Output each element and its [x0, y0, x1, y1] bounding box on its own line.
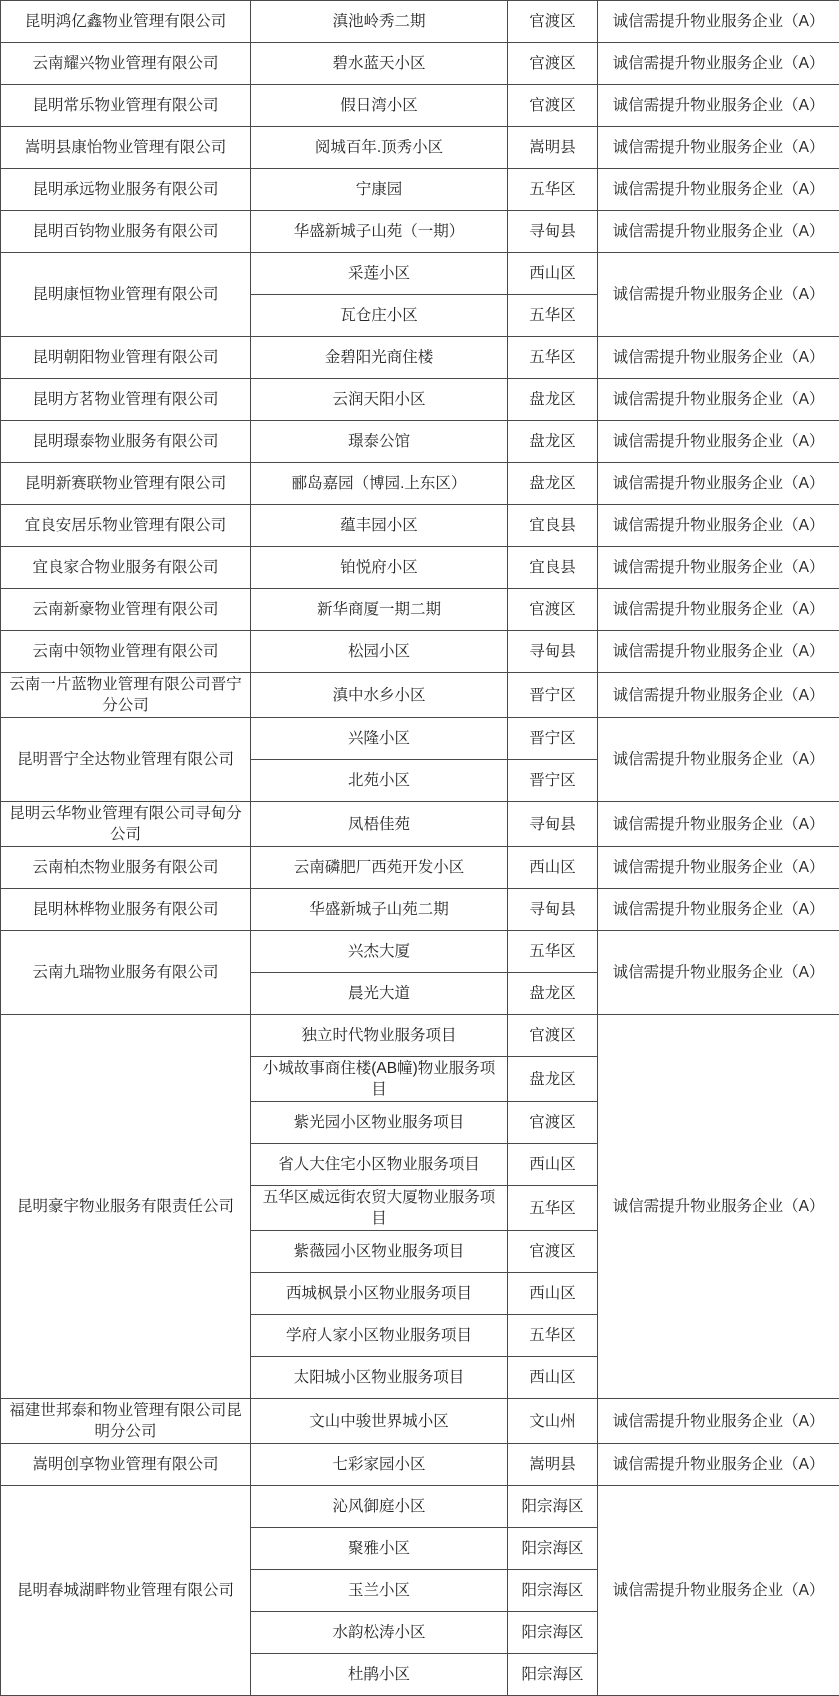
- district-cell: 五华区: [508, 931, 598, 973]
- credit-rating-cell: 诚信需提升物业服务企业（A）: [598, 211, 839, 253]
- district-cell: 西山区: [508, 1273, 598, 1315]
- district-cell: 晋宁区: [508, 718, 598, 760]
- credit-rating-cell: 诚信需提升物业服务企业（A）: [598, 43, 839, 85]
- project-name-cell: 滇中水乡小区: [251, 673, 508, 718]
- company-name-cell: 昆明承远物业服务有限公司: [1, 169, 251, 211]
- credit-rating-cell: 诚信需提升物业服务企业（A）: [598, 847, 839, 889]
- credit-rating-cell: 诚信需提升物业服务企业（A）: [598, 589, 839, 631]
- credit-rating-cell: 诚信需提升物业服务企业（A）: [598, 1399, 839, 1444]
- table-row: 嵩明创享物业管理有限公司七彩家园小区嵩明县诚信需提升物业服务企业（A）: [1, 1444, 839, 1486]
- district-cell: 盘龙区: [508, 463, 598, 505]
- project-name-cell: 凤梧佳苑: [251, 802, 508, 847]
- district-cell: 五华区: [508, 295, 598, 337]
- project-name-cell: 沁风御庭小区: [251, 1486, 508, 1528]
- table-row: 云南耀兴物业管理有限公司碧水蓝天小区官渡区诚信需提升物业服务企业（A）: [1, 43, 839, 85]
- table-row: 昆明承远物业服务有限公司宁康园五华区诚信需提升物业服务企业（A）: [1, 169, 839, 211]
- district-cell: 盘龙区: [508, 379, 598, 421]
- project-name-cell: 云润天阳小区: [251, 379, 508, 421]
- district-cell: 盘龙区: [508, 421, 598, 463]
- page: 昆明鸿亿鑫物业管理有限公司滇池岭秀二期官渡区诚信需提升物业服务企业（A）云南耀兴…: [0, 0, 839, 1696]
- table-row: 昆明云华物业管理有限公司寻甸分公司凤梧佳苑寻甸县诚信需提升物业服务企业（A）: [1, 802, 839, 847]
- district-cell: 寻甸县: [508, 802, 598, 847]
- table-row: 云南新豪物业管理有限公司新华商厦一期二期官渡区诚信需提升物业服务企业（A）: [1, 589, 839, 631]
- company-name-cell: 昆明朝阳物业管理有限公司: [1, 337, 251, 379]
- project-name-cell: 紫薇园小区物业服务项目: [251, 1231, 508, 1273]
- project-name-cell: 省人大住宅小区物业服务项目: [251, 1144, 508, 1186]
- district-cell: 阳宗海区: [508, 1486, 598, 1528]
- project-name-cell: 晨光大道: [251, 973, 508, 1015]
- credit-rating-cell: 诚信需提升物业服务企业（A）: [598, 631, 839, 673]
- project-name-cell: 蕴丰园小区: [251, 505, 508, 547]
- credit-rating-cell: 诚信需提升物业服务企业（A）: [598, 421, 839, 463]
- district-cell: 官渡区: [508, 589, 598, 631]
- project-name-cell: 阅城百年.顶秀小区: [251, 127, 508, 169]
- district-cell: 官渡区: [508, 1231, 598, 1273]
- district-cell: 寻甸县: [508, 631, 598, 673]
- table-row: 昆明璟泰物业服务有限公司璟泰公馆盘龙区诚信需提升物业服务企业（A）: [1, 421, 839, 463]
- project-name-cell: 云南磷肥厂西苑开发小区: [251, 847, 508, 889]
- company-name-cell: 昆明百钧物业服务有限公司: [1, 211, 251, 253]
- district-cell: 五华区: [508, 169, 598, 211]
- district-cell: 阳宗海区: [508, 1570, 598, 1612]
- district-cell: 五华区: [508, 337, 598, 379]
- project-name-cell: 聚雅小区: [251, 1528, 508, 1570]
- district-cell: 盘龙区: [508, 973, 598, 1015]
- credit-rating-cell: 诚信需提升物业服务企业（A）: [598, 1, 839, 43]
- table-row: 宜良家合物业服务有限公司铂悦府小区宜良县诚信需提升物业服务企业（A）: [1, 547, 839, 589]
- district-cell: 阳宗海区: [508, 1528, 598, 1570]
- credit-rating-cell: 诚信需提升物业服务企业（A）: [598, 505, 839, 547]
- table-row: 云南九瑞物业服务有限公司兴杰大厦五华区诚信需提升物业服务企业（A）: [1, 931, 839, 973]
- district-cell: 五华区: [508, 1315, 598, 1357]
- table-row: 云南中领物业管理有限公司松园小区寻甸县诚信需提升物业服务企业（A）: [1, 631, 839, 673]
- credit-rating-cell: 诚信需提升物业服务企业（A）: [598, 673, 839, 718]
- project-name-cell: 学府人家小区物业服务项目: [251, 1315, 508, 1357]
- project-name-cell: 宁康园: [251, 169, 508, 211]
- credit-rating-cell: 诚信需提升物业服务企业（A）: [598, 379, 839, 421]
- project-name-cell: 北苑小区: [251, 760, 508, 802]
- project-name-cell: 西城枫景小区物业服务项目: [251, 1273, 508, 1315]
- district-cell: 西山区: [508, 1357, 598, 1399]
- project-name-cell: 华盛新城子山苑二期: [251, 889, 508, 931]
- credit-rating-cell: 诚信需提升物业服务企业（A）: [598, 127, 839, 169]
- company-name-cell: 昆明常乐物业管理有限公司: [1, 85, 251, 127]
- project-name-cell: 新华商厦一期二期: [251, 589, 508, 631]
- credit-rating-cell: 诚信需提升物业服务企业（A）: [598, 337, 839, 379]
- company-name-cell: 云南耀兴物业管理有限公司: [1, 43, 251, 85]
- project-name-cell: 铂悦府小区: [251, 547, 508, 589]
- district-cell: 宜良县: [508, 505, 598, 547]
- credit-rating-cell: 诚信需提升物业服务企业（A）: [598, 169, 839, 211]
- district-cell: 西山区: [508, 1144, 598, 1186]
- credit-rating-cell: 诚信需提升物业服务企业（A）: [598, 253, 839, 337]
- table-row: 昆明春城湖畔物业管理有限公司沁风御庭小区阳宗海区诚信需提升物业服务企业（A）: [1, 1486, 839, 1528]
- project-name-cell: 兴隆小区: [251, 718, 508, 760]
- district-cell: 寻甸县: [508, 211, 598, 253]
- district-cell: 官渡区: [508, 1, 598, 43]
- district-cell: 嵩明县: [508, 1444, 598, 1486]
- credit-rating-cell: 诚信需提升物业服务企业（A）: [598, 931, 839, 1015]
- table-row: 昆明鸿亿鑫物业管理有限公司滇池岭秀二期官渡区诚信需提升物业服务企业（A）: [1, 1, 839, 43]
- project-name-cell: 七彩家园小区: [251, 1444, 508, 1486]
- credit-rating-cell: 诚信需提升物业服务企业（A）: [598, 1444, 839, 1486]
- table-row: 宜良安居乐物业管理有限公司蕴丰园小区宜良县诚信需提升物业服务企业（A）: [1, 505, 839, 547]
- company-name-cell: 嵩明创享物业管理有限公司: [1, 1444, 251, 1486]
- table-row: 云南柏杰物业服务有限公司云南磷肥厂西苑开发小区西山区诚信需提升物业服务企业（A）: [1, 847, 839, 889]
- district-cell: 宜良县: [508, 547, 598, 589]
- credit-rating-cell: 诚信需提升物业服务企业（A）: [598, 802, 839, 847]
- project-name-cell: 假日湾小区: [251, 85, 508, 127]
- district-cell: 寻甸县: [508, 889, 598, 931]
- company-name-cell: 昆明云华物业管理有限公司寻甸分公司: [1, 802, 251, 847]
- table-row: 昆明常乐物业管理有限公司假日湾小区官渡区诚信需提升物业服务企业（A）: [1, 85, 839, 127]
- project-name-cell: 滇池岭秀二期: [251, 1, 508, 43]
- company-name-cell: 昆明方茗物业管理有限公司: [1, 379, 251, 421]
- company-name-cell: 昆明璟泰物业服务有限公司: [1, 421, 251, 463]
- project-name-cell: 杜鹃小区: [251, 1654, 508, 1696]
- company-name-cell: 福建世邦泰和物业管理有限公司昆明分公司: [1, 1399, 251, 1444]
- project-name-cell: 碧水蓝天小区: [251, 43, 508, 85]
- table-row: 福建世邦泰和物业管理有限公司昆明分公司文山中骏世界城小区文山州诚信需提升物业服务…: [1, 1399, 839, 1444]
- district-cell: 官渡区: [508, 85, 598, 127]
- table-row: 昆明康恒物业管理有限公司采莲小区西山区诚信需提升物业服务企业（A）: [1, 253, 839, 295]
- project-name-cell: 瓦仓庄小区: [251, 295, 508, 337]
- credit-rating-cell: 诚信需提升物业服务企业（A）: [598, 547, 839, 589]
- table-row: 昆明方茗物业管理有限公司云润天阳小区盘龙区诚信需提升物业服务企业（A）: [1, 379, 839, 421]
- project-name-cell: 紫光园小区物业服务项目: [251, 1102, 508, 1144]
- table-row: 嵩明县康怡物业管理有限公司阅城百年.顶秀小区嵩明县诚信需提升物业服务企业（A）: [1, 127, 839, 169]
- table-row: 云南一片蓝物业管理有限公司晋宁分公司滇中水乡小区晋宁区诚信需提升物业服务企业（A…: [1, 673, 839, 718]
- company-name-cell: 宜良安居乐物业管理有限公司: [1, 505, 251, 547]
- table-row: 昆明晋宁全达物业管理有限公司兴隆小区晋宁区诚信需提升物业服务企业（A）: [1, 718, 839, 760]
- district-cell: 西山区: [508, 847, 598, 889]
- company-name-cell: 云南一片蓝物业管理有限公司晋宁分公司: [1, 673, 251, 718]
- district-cell: 阳宗海区: [508, 1654, 598, 1696]
- credit-rating-cell: 诚信需提升物业服务企业（A）: [598, 718, 839, 802]
- project-name-cell: 金碧阳光商住楼: [251, 337, 508, 379]
- project-name-cell: 华盛新城子山苑（一期）: [251, 211, 508, 253]
- table-row: 昆明豪宇物业服务有限责任公司独立时代物业服务项目官渡区诚信需提升物业服务企业（A…: [1, 1015, 839, 1057]
- district-cell: 文山州: [508, 1399, 598, 1444]
- credit-rating-table: 昆明鸿亿鑫物业管理有限公司滇池岭秀二期官渡区诚信需提升物业服务企业（A）云南耀兴…: [0, 0, 839, 1696]
- project-name-cell: 松园小区: [251, 631, 508, 673]
- district-cell: 阳宗海区: [508, 1612, 598, 1654]
- company-name-cell: 嵩明县康怡物业管理有限公司: [1, 127, 251, 169]
- credit-rating-cell: 诚信需提升物业服务企业（A）: [598, 463, 839, 505]
- company-name-cell: 昆明春城湖畔物业管理有限公司: [1, 1486, 251, 1696]
- project-name-cell: 兴杰大厦: [251, 931, 508, 973]
- district-cell: 西山区: [508, 253, 598, 295]
- company-name-cell: 云南柏杰物业服务有限公司: [1, 847, 251, 889]
- project-name-cell: 水韵松涛小区: [251, 1612, 508, 1654]
- project-name-cell: 玉兰小区: [251, 1570, 508, 1612]
- company-name-cell: 昆明康恒物业管理有限公司: [1, 253, 251, 337]
- company-name-cell: 昆明林桦物业服务有限公司: [1, 889, 251, 931]
- company-name-cell: 云南新豪物业管理有限公司: [1, 589, 251, 631]
- company-name-cell: 云南中领物业管理有限公司: [1, 631, 251, 673]
- district-cell: 晋宁区: [508, 673, 598, 718]
- project-name-cell: 独立时代物业服务项目: [251, 1015, 508, 1057]
- district-cell: 官渡区: [508, 1015, 598, 1057]
- company-name-cell: 昆明新赛联物业管理有限公司: [1, 463, 251, 505]
- district-cell: 嵩明县: [508, 127, 598, 169]
- credit-table-body: 昆明鸿亿鑫物业管理有限公司滇池岭秀二期官渡区诚信需提升物业服务企业（A）云南耀兴…: [1, 1, 839, 1696]
- project-name-cell: 郦岛嘉园（博园.上东区）: [251, 463, 508, 505]
- district-cell: 官渡区: [508, 1102, 598, 1144]
- table-row: 昆明百钧物业服务有限公司华盛新城子山苑（一期）寻甸县诚信需提升物业服务企业（A）: [1, 211, 839, 253]
- project-name-cell: 璟泰公馆: [251, 421, 508, 463]
- table-row: 昆明朝阳物业管理有限公司金碧阳光商住楼五华区诚信需提升物业服务企业（A）: [1, 337, 839, 379]
- table-row: 昆明林桦物业服务有限公司华盛新城子山苑二期寻甸县诚信需提升物业服务企业（A）: [1, 889, 839, 931]
- credit-rating-cell: 诚信需提升物业服务企业（A）: [598, 85, 839, 127]
- district-cell: 五华区: [508, 1186, 598, 1231]
- project-name-cell: 五华区威远街农贸大厦物业服务项目: [251, 1186, 508, 1231]
- project-name-cell: 文山中骏世界城小区: [251, 1399, 508, 1444]
- company-name-cell: 昆明豪宇物业服务有限责任公司: [1, 1015, 251, 1399]
- company-name-cell: 云南九瑞物业服务有限公司: [1, 931, 251, 1015]
- company-name-cell: 昆明鸿亿鑫物业管理有限公司: [1, 1, 251, 43]
- project-name-cell: 小城故事商住楼(AB幢)物业服务项目: [251, 1057, 508, 1102]
- district-cell: 晋宁区: [508, 760, 598, 802]
- credit-rating-cell: 诚信需提升物业服务企业（A）: [598, 1486, 839, 1696]
- district-cell: 官渡区: [508, 43, 598, 85]
- table-row: 昆明新赛联物业管理有限公司郦岛嘉园（博园.上东区）盘龙区诚信需提升物业服务企业（…: [1, 463, 839, 505]
- credit-rating-cell: 诚信需提升物业服务企业（A）: [598, 1015, 839, 1399]
- company-name-cell: 宜良家合物业服务有限公司: [1, 547, 251, 589]
- credit-rating-cell: 诚信需提升物业服务企业（A）: [598, 889, 839, 931]
- district-cell: 盘龙区: [508, 1057, 598, 1102]
- company-name-cell: 昆明晋宁全达物业管理有限公司: [1, 718, 251, 802]
- project-name-cell: 太阳城小区物业服务项目: [251, 1357, 508, 1399]
- project-name-cell: 采莲小区: [251, 253, 508, 295]
